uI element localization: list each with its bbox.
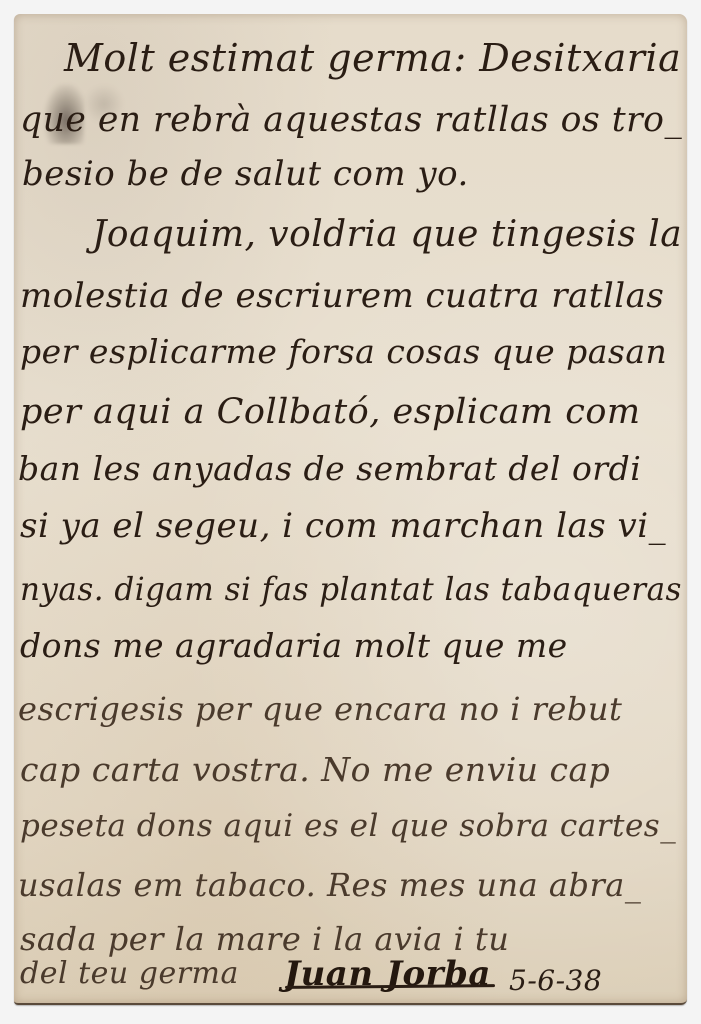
letter-line-1: Molt estimat germa: Desitxaria: [64, 36, 681, 80]
letter-card: Molt estimat germa: Desitxaria que en re…: [14, 14, 687, 1005]
letter-line-7: per aqui a Collbató, esplicam com: [20, 392, 641, 432]
letter-line-2: que en rebrà aquestas ratllas os tro_: [20, 100, 682, 140]
letter-line-8: ban les anyadas de sembrat del ordi: [18, 449, 641, 488]
letter-date: 5-6-38: [509, 964, 602, 997]
letter-line-6: per esplicarme forsa cosas que pasan: [20, 332, 667, 371]
letter-line-5: molestia de escriurem cuatra ratllas: [20, 276, 664, 316]
letter-line-4: Joaquim, voldria que tingesis la: [92, 214, 682, 255]
letter-line-9: si ya el segeu, i com marchan las vi_: [20, 506, 666, 546]
letter-line-13: cap carta vostra. No me enviu cap: [20, 750, 610, 789]
letter-line-11: dons me agradaria molt que me: [20, 626, 568, 665]
letter-line-10: nyas. digam si fas plantat las tabaquera…: [20, 570, 682, 608]
letter-line-14: peseta dons aqui es el que sobra cartes_: [20, 808, 676, 844]
letter-line-17: del teu germa: [20, 956, 239, 991]
letter-line-16: sada per la mare i la avia i tu: [20, 920, 509, 958]
letter-line-12: escrigesis per que encara no i rebut: [18, 690, 622, 728]
letter-line-15: usalas em tabaco. Res mes una abra_: [18, 866, 641, 904]
letter-line-3: besio be de salut com yo.: [22, 154, 469, 194]
